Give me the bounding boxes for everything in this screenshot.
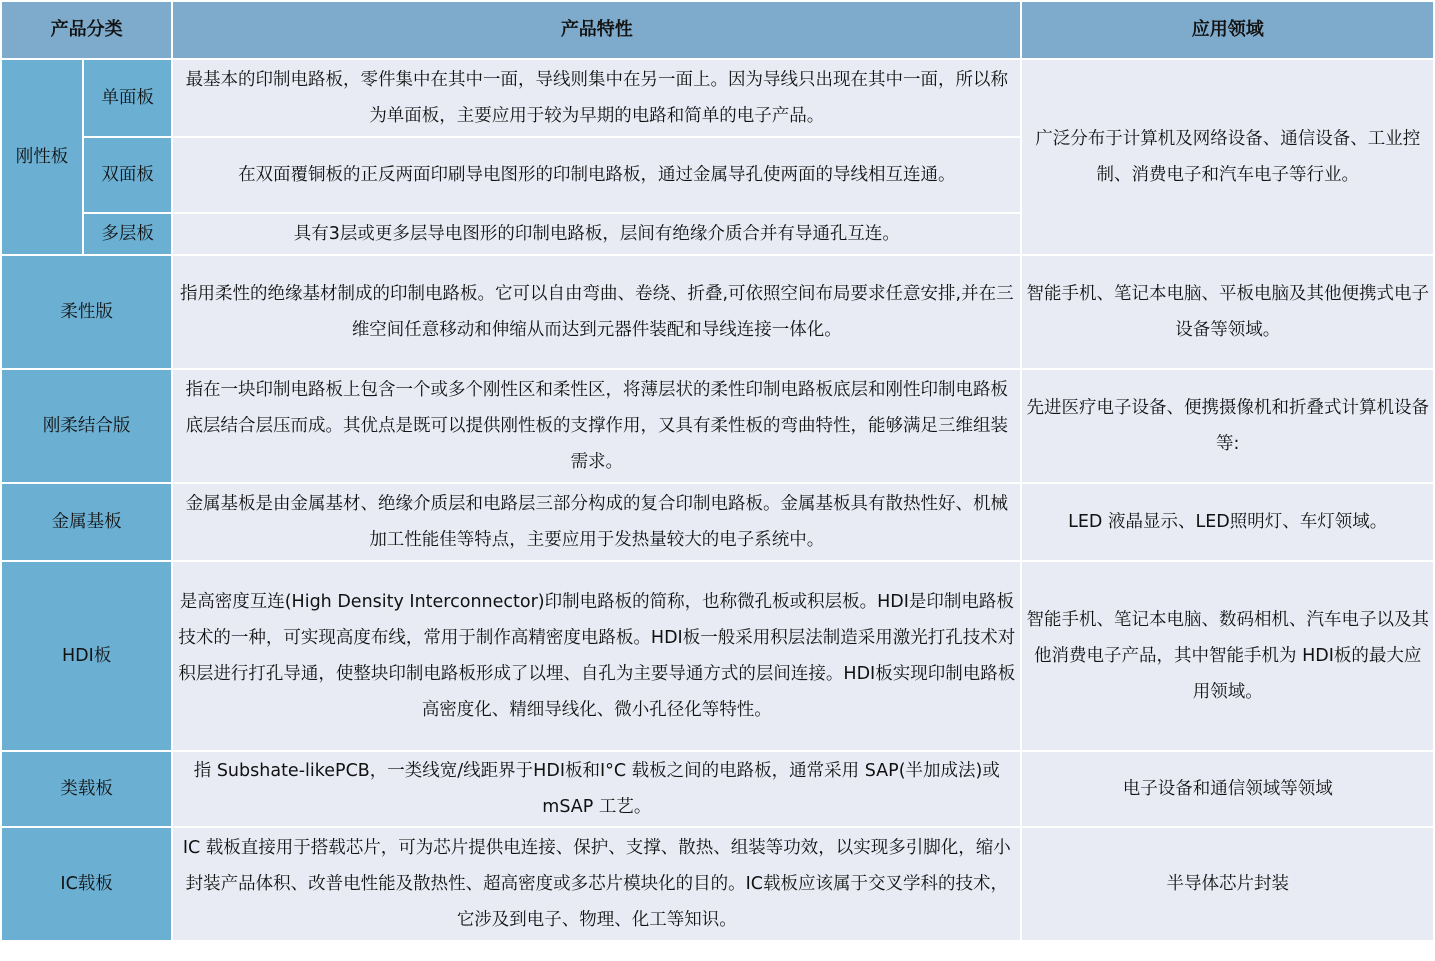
category-flexible: 柔性版	[2, 256, 171, 368]
features-cell: 最基本的印制电路板，零件集中在其中一面，导线则集中在另一面上。因为导线只出现在其…	[173, 60, 1020, 136]
features-cell: IC 载板直接用于搭载芯片，可为芯片提供电连接、保护、支撑、散热、组装等功效，以…	[173, 828, 1020, 940]
applications-cell: LED 液晶显示、LED照明灯、车灯领域。	[1022, 484, 1433, 560]
applications-cell: 智能手机、笔记本电脑、数码相机、汽车电子以及其他消费电子产品，其中智能手机为 H…	[1022, 562, 1433, 750]
category-metal-substrate: 金属基板	[2, 484, 171, 560]
category-rigid: 刚性板	[2, 60, 82, 254]
features-cell: 具有3层或更多层导电图形的印制电路板，层间有绝缘介质合并有导通孔互连。	[173, 214, 1020, 254]
category-substrate-like: 类载板	[2, 752, 171, 826]
applications-cell: 广泛分布于计算机及网络设备、通信设备、工业控制、消费电子和汽车电子等行业。	[1022, 60, 1433, 254]
features-cell: 是高密度互连(High Density Interconnector)印制电路板…	[173, 562, 1020, 750]
pcb-classification-table: 产品分类 产品特性 应用领域 刚性板 单面板 最基本的印制电路板，零件集中在其中…	[0, 0, 1435, 942]
table-row: HDI板 是高密度互连(High Density Interconnector)…	[2, 562, 1433, 750]
features-cell: 在双面覆铜板的正反两面印刷导电图形的印制电路板，通过金属导孔使两面的导线相互连通…	[173, 138, 1020, 212]
table-row: 柔性版 指用柔性的绝缘基材制成的印制电路板。它可以自由弯曲、卷绕、折叠,可依照空…	[2, 256, 1433, 368]
header-category: 产品分类	[2, 2, 171, 58]
table-row: 金属基板 金属基板是由金属基材、绝缘介质层和电路层三部分构成的复合印制电路板。金…	[2, 484, 1433, 560]
features-cell: 指 Subshate-likePCB，一类线宽/线距界于HDI板和I°C 载板之…	[173, 752, 1020, 826]
features-cell: 金属基板是由金属基材、绝缘介质层和电路层三部分构成的复合印制电路板。金属基板具有…	[173, 484, 1020, 560]
table-row: 刚性板 单面板 最基本的印制电路板，零件集中在其中一面，导线则集中在另一面上。因…	[2, 60, 1433, 136]
applications-cell: 半导体芯片封装	[1022, 828, 1433, 940]
table-row: 类载板 指 Subshate-likePCB，一类线宽/线距界于HDI板和I°C…	[2, 752, 1433, 826]
applications-cell: 智能手机、笔记本电脑、平板电脑及其他便携式电子设备等领域。	[1022, 256, 1433, 368]
features-cell: 指用柔性的绝缘基材制成的印制电路板。它可以自由弯曲、卷绕、折叠,可依照空间布局要…	[173, 256, 1020, 368]
subcategory-double: 双面板	[84, 138, 171, 212]
category-rigid-flex: 刚柔结合版	[2, 370, 171, 482]
category-ic-substrate: IC载板	[2, 828, 171, 940]
subcategory-single: 单面板	[84, 60, 171, 136]
table-row: IC载板 IC 载板直接用于搭载芯片，可为芯片提供电连接、保护、支撑、散热、组装…	[2, 828, 1433, 940]
features-cell: 指在一块印制电路板上包含一个或多个刚性区和柔性区，将薄层状的柔性印制电路板底层和…	[173, 370, 1020, 482]
subcategory-multilayer: 多层板	[84, 214, 171, 254]
header-features: 产品特性	[173, 2, 1020, 58]
category-hdi: HDI板	[2, 562, 171, 750]
header-applications: 应用领域	[1022, 2, 1433, 58]
applications-cell: 先进医疗电子设备、便携摄像机和折叠式计算机设备等:	[1022, 370, 1433, 482]
table-row: 刚柔结合版 指在一块印制电路板上包含一个或多个刚性区和柔性区，将薄层状的柔性印制…	[2, 370, 1433, 482]
applications-cell: 电子设备和通信领域等领域	[1022, 752, 1433, 826]
header-row: 产品分类 产品特性 应用领域	[2, 2, 1433, 58]
